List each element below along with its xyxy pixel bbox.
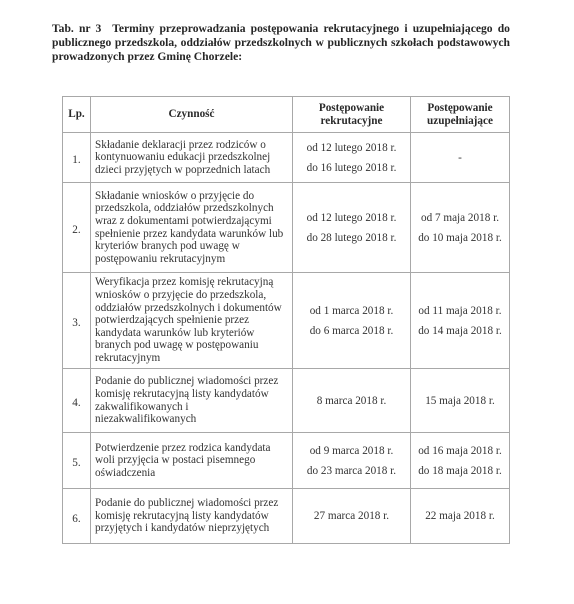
activity-cell: Składanie deklaracji przez rodziców o ko… — [91, 133, 293, 183]
supplementary-date-cell: od 7 maja 2018 r.do 10 maja 2018 r. — [411, 183, 510, 273]
date-line: do 23 marca 2018 r. — [293, 461, 410, 481]
date-line: do 10 maja 2018 r. — [411, 228, 509, 248]
header-lp: Lp. — [63, 97, 91, 133]
row-number: 5. — [63, 433, 91, 489]
supplementary-date-cell: od 11 maja 2018 r.do 14 maja 2018 r. — [411, 273, 510, 369]
header-recruitment: Postępowanie rekrutacyjne — [293, 97, 411, 133]
row-number: 6. — [63, 489, 91, 544]
date-line: 8 marca 2018 r. — [293, 391, 410, 411]
date-line: od 11 maja 2018 r. — [411, 301, 509, 321]
table-caption: Tab. nr 3 Terminy przeprowadzania postęp… — [52, 22, 510, 65]
date-line: od 7 maja 2018 r. — [411, 208, 509, 228]
recruitment-date-cell: 27 marca 2018 r. — [293, 489, 411, 544]
table-row: 4.Podanie do publicznej wiadomości przez… — [63, 369, 510, 433]
activity-cell: Podanie do publicznej wiadomości przez k… — [91, 489, 293, 544]
activity-cell: Podanie do publicznej wiadomości przez k… — [91, 369, 293, 433]
activity-cell: Składanie wniosków o przyjęcie do przeds… — [91, 183, 293, 273]
table-row: 2.Składanie wniosków o przyjęcie do prze… — [63, 183, 510, 273]
date-line: od 16 maja 2018 r. — [411, 441, 509, 461]
supplementary-date-cell: 15 maja 2018 r. — [411, 369, 510, 433]
table-number: Tab. nr 3 — [52, 22, 101, 35]
date-line: - — [411, 148, 509, 168]
recruitment-date-cell: od 12 lutego 2018 r.do 28 lutego 2018 r. — [293, 183, 411, 273]
date-line: od 12 lutego 2018 r. — [293, 138, 410, 158]
recruitment-date-cell: 8 marca 2018 r. — [293, 369, 411, 433]
table-row: 5.Potwierdzenie przez rodzica kandydata … — [63, 433, 510, 489]
supplementary-date-cell: 22 maja 2018 r. — [411, 489, 510, 544]
date-line: do 16 lutego 2018 r. — [293, 158, 410, 178]
recruitment-date-cell: od 1 marca 2018 r.do 6 marca 2018 r. — [293, 273, 411, 369]
date-line: od 12 lutego 2018 r. — [293, 208, 410, 228]
date-line: do 6 marca 2018 r. — [293, 321, 410, 341]
table-header-row: Lp. Czynność Postępowanie rekrutacyjne P… — [63, 97, 510, 133]
activity-cell: Weryfikacja przez komisję rekrutacyjną w… — [91, 273, 293, 369]
row-number: 2. — [63, 183, 91, 273]
row-number: 1. — [63, 133, 91, 183]
date-line: od 1 marca 2018 r. — [293, 301, 410, 321]
date-line: od 9 marca 2018 r. — [293, 441, 410, 461]
date-line: 22 maja 2018 r. — [411, 506, 509, 526]
table-row: 6.Podanie do publicznej wiadomości przez… — [63, 489, 510, 544]
table-title: Terminy przeprowadzania postępowania rek… — [52, 22, 510, 63]
header-supplementary: Postępowanie uzupełniające — [411, 97, 510, 133]
date-line: do 18 maja 2018 r. — [411, 461, 509, 481]
table-row: 3.Weryfikacja przez komisję rekrutacyjną… — [63, 273, 510, 369]
row-number: 3. — [63, 273, 91, 369]
date-line: 15 maja 2018 r. — [411, 391, 509, 411]
row-number: 4. — [63, 369, 91, 433]
date-line: 27 marca 2018 r. — [293, 506, 410, 526]
supplementary-date-cell: od 16 maja 2018 r.do 18 maja 2018 r. — [411, 433, 510, 489]
recruitment-schedule-table: Lp. Czynność Postępowanie rekrutacyjne P… — [62, 96, 510, 544]
table-row: 1.Składanie deklaracji przez rodziców o … — [63, 133, 510, 183]
header-activity: Czynność — [91, 97, 293, 133]
date-line: do 14 maja 2018 r. — [411, 321, 509, 341]
activity-cell: Potwierdzenie przez rodzica kandydata wo… — [91, 433, 293, 489]
recruitment-date-cell: od 9 marca 2018 r.do 23 marca 2018 r. — [293, 433, 411, 489]
supplementary-date-cell: - — [411, 133, 510, 183]
recruitment-date-cell: od 12 lutego 2018 r.do 16 lutego 2018 r. — [293, 133, 411, 183]
date-line: do 28 lutego 2018 r. — [293, 228, 410, 248]
